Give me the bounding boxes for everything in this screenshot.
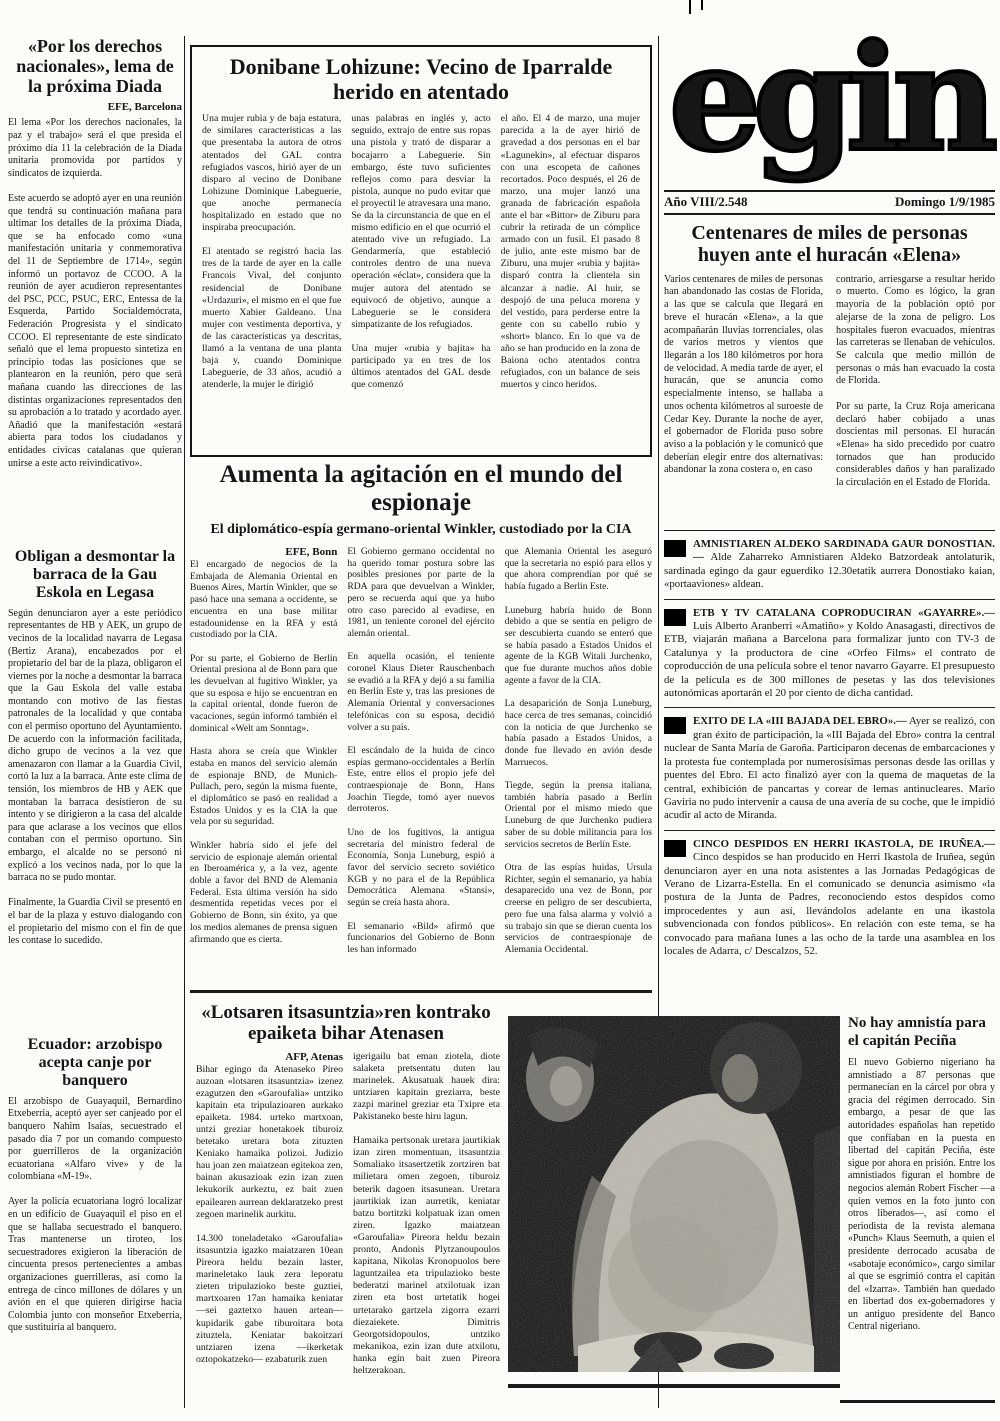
donibane-col3: el año. El 4 de marzo, una mujer parecid… (501, 113, 640, 435)
bullet-square-icon (664, 540, 686, 557)
espionaje-byline: EFE, Bonn (190, 546, 337, 559)
diada-body: El lema «Por los derechos nacionales, la… (8, 117, 182, 537)
huracan-col1: Varios centenares de miles de personas h… (664, 274, 823, 524)
lotsaren-col2: igerigailu bat eman ziotela, diote salak… (353, 1051, 500, 1407)
donibane-col2: unas palabras en inglés y, acto seguido,… (351, 113, 490, 435)
diada-byline: EFE, Barcelona (8, 101, 182, 114)
brief-text: Luis Alberto Aranberri «Amatiño» y Koldo… (664, 620, 995, 699)
brief-text: Alde Zaharreko Amnistiaren Aldeko Batzor… (664, 551, 995, 590)
photo-bottom-rule (508, 1384, 840, 1388)
brief-etb-gayarre: ETB Y TV CATALANA COPRODUCIRAN «GAYARRE»… (664, 607, 995, 709)
news-briefs: AMNISTIAREN ALDEKO SARDINADA GAUR DONOST… (664, 538, 995, 1006)
brief-text: Cinco despidos se han producido en Herri… (664, 851, 995, 957)
brief-sardinada: AMNISTIAREN ALDEKO SARDINADA GAUR DONOST… (664, 538, 995, 600)
espionaje-col1: El encargado de negocios de la Embajada … (190, 559, 337, 983)
pecina-headline: No hay amnistía para el capitán Peciña (848, 1014, 995, 1050)
donibane-headline: Donibane Lohizune: Vecino de Iparralde h… (202, 55, 640, 104)
masthead-rule-bottom (664, 213, 995, 215)
article-lotsaren: «Lotsaren itsasuntzia»ren kontrako epaik… (196, 1002, 500, 1408)
gau-eskola-headline: Obligan a desmontar la barraca de la Gau… (8, 548, 182, 602)
huracan-headline: Centenares de miles de personas huyen an… (664, 222, 995, 267)
article-huracan: Centenares de miles de personas huyen an… (664, 222, 995, 526)
lotsaren-col1: Bihar egingo da Atenaseko Pireo auzoan «… (196, 1064, 343, 1406)
diada-headline: «Por los derechos nacionales», lema de l… (8, 36, 182, 96)
article-espionaje: Aumenta la agitación en el mundo del esp… (190, 461, 652, 987)
article-ecuador: Ecuador: arzobispo acepta canje por banq… (8, 1036, 182, 1388)
bullet-square-icon (664, 609, 686, 626)
registration-tick (689, 0, 691, 14)
espionaje-col2: El Gobierno germano occidental no ha que… (347, 546, 494, 984)
donibane-col1: Una mujer rubia y de baja estatura, de s… (202, 113, 341, 435)
article-donibane: Donibane Lohizune: Vecino de Iparralde h… (190, 45, 652, 457)
brief-bajada-ebro: EXITO DE LA «III BAJADA DEL EBRO».— Ayer… (664, 715, 995, 830)
ecuador-headline: Ecuador: arzobispo acepta canje por banq… (8, 1036, 182, 1090)
espionaje-col3: que Alemania Oriental les aseguró que la… (505, 546, 652, 984)
masthead-rule-top (664, 190, 995, 192)
espionaje-subhead: El diplomático-espía germano-oriental Wi… (190, 522, 652, 538)
brief-title: ETB Y TV CATALANA COPRODUCIRAN «GAYARRE»… (693, 607, 995, 619)
bullet-square-icon (664, 840, 686, 857)
edition-number: Año VIII/2.548 (664, 194, 748, 210)
bullet-square-icon (664, 717, 686, 734)
masthead-dateline: Año VIII/2.548 Domingo 1/9/1985 (664, 194, 995, 210)
masthead-logo: egin (664, 24, 994, 186)
photo-released-prisoners (508, 1016, 840, 1372)
registration-tick (701, 0, 703, 10)
lotsaren-headline: «Lotsaren itsasuntzia»ren kontrako epaik… (196, 1002, 496, 1045)
pecina-body: El nuevo Gobierno nigeriano ha amnistiad… (848, 1057, 995, 1387)
article-pecina: No hay amnistía para el capitán Peciña E… (848, 1014, 995, 1394)
column-rule-left (184, 36, 185, 1408)
brief-herri-ikastola: CINCO DESPIDOS EN HERRI IKASTOLA, DE IRU… (664, 838, 995, 966)
section-divider (190, 990, 652, 993)
briefs-top-rule (664, 530, 995, 531)
pecina-bottom-rule (840, 1400, 995, 1403)
huracan-col2: contrario, arriesgarse a resultar herido… (836, 274, 995, 524)
espionaje-headline: Aumenta la agitación en el mundo del esp… (190, 461, 652, 517)
article-gau-eskola: Obligan a desmontar la barraca de la Gau… (8, 548, 182, 1032)
brief-text: Ayer se realizó, con gran éxito de parti… (664, 715, 995, 821)
brief-title: EXITO DE LA «III BAJADA DEL EBRO».— (693, 715, 907, 727)
lotsaren-byline: AFP, Atenas (196, 1051, 343, 1064)
gau-eskola-body: Según denunciaron ayer a este periódico … (8, 608, 182, 1028)
issue-date: Domingo 1/9/1985 (895, 194, 995, 210)
ecuador-body: El arzobispo de Guayaquil, Bernardino Et… (8, 1096, 182, 1386)
brief-title: CINCO DESPIDOS EN HERRI IKASTOLA, DE IRU… (693, 838, 995, 850)
article-diada: «Por los derechos nacionales», lema de l… (8, 36, 182, 546)
newspaper-front-page: «Por los derechos nacionales», lema de l… (0, 0, 1000, 1421)
